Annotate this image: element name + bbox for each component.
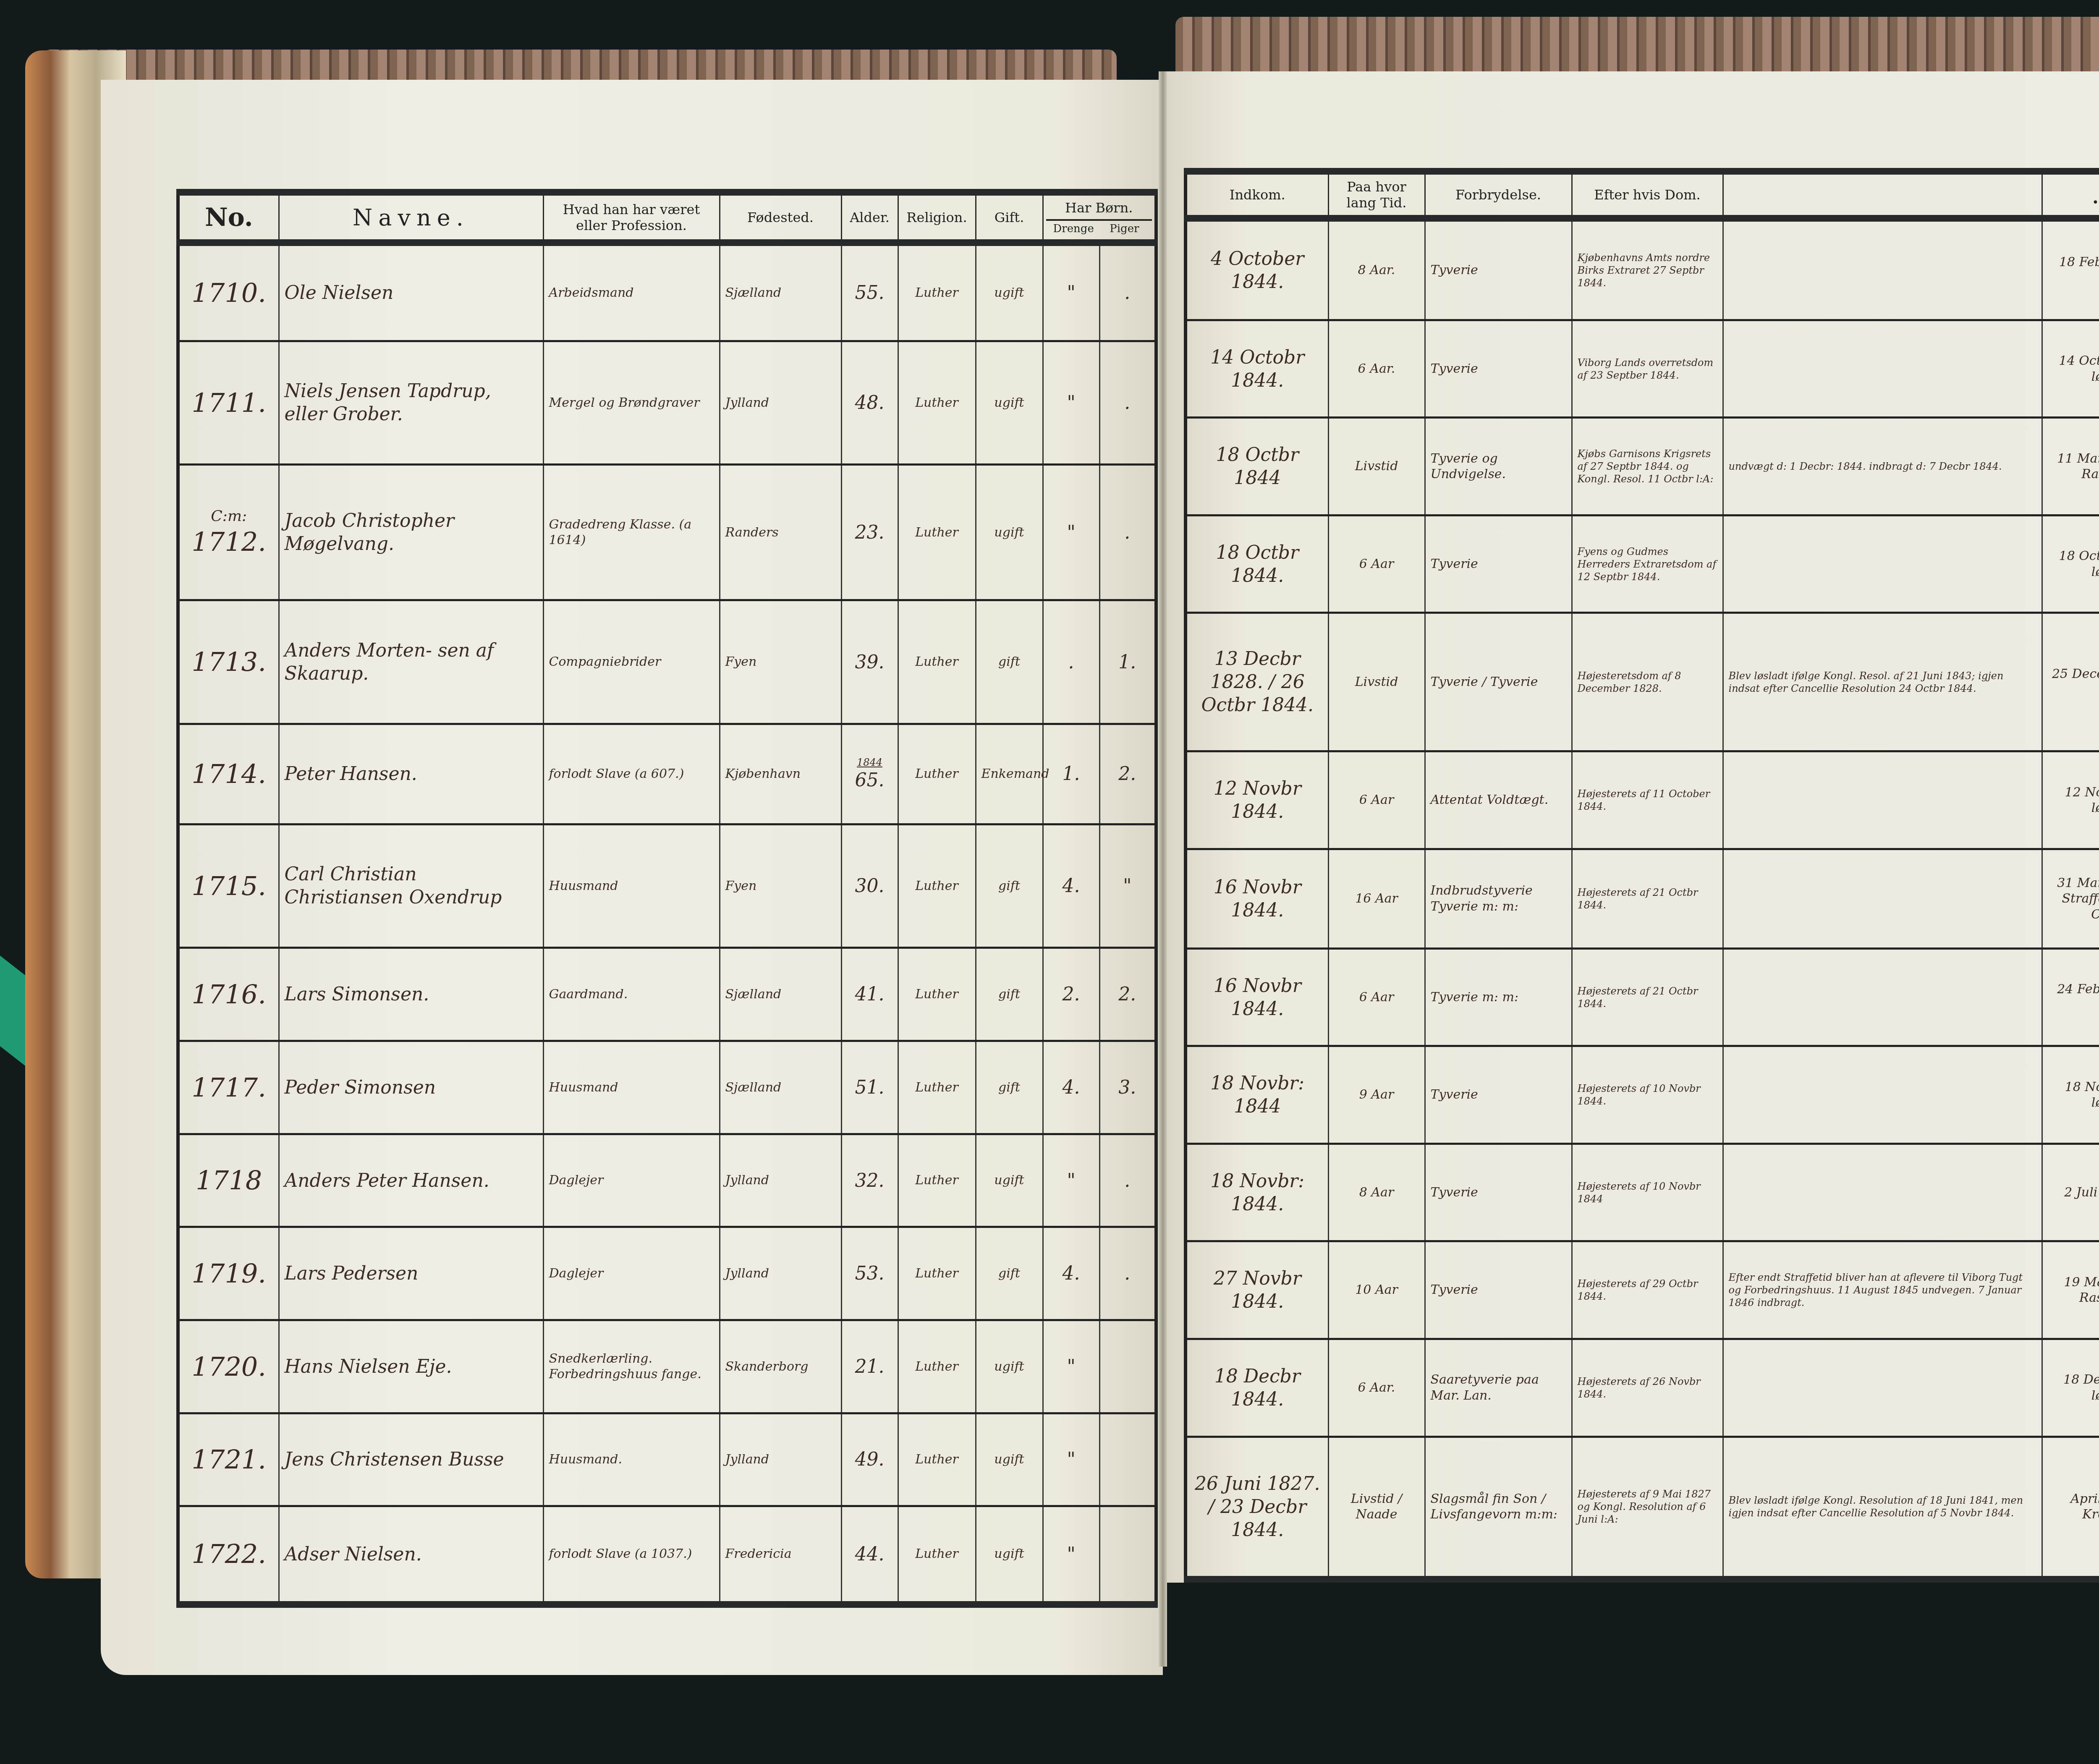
header-girls: Piger	[1099, 222, 1150, 235]
verdict-text: Højesterets af 21 Octbr 1844.	[1578, 985, 1698, 1010]
age: 49.	[841, 1413, 898, 1506]
profession-text: Gaardmand.	[549, 987, 628, 1002]
birthplace: Jylland	[720, 1413, 841, 1506]
prisoner-name-text: Anders Morten- sen af Skaarup.	[285, 640, 494, 684]
header-name: Navne.	[279, 192, 543, 243]
admission-date: 18 Decbr 1844.	[1186, 1339, 1328, 1437]
table-row: 16 Novbr 1844.16 AarIndbrudstyverie Tyve…	[1186, 849, 2099, 948]
crime-text: Tyverie	[1431, 1282, 1478, 1297]
boys-count: 4.	[1043, 1227, 1099, 1320]
sentence-term: 8 Aar	[1328, 1144, 1425, 1241]
prisoner-name: Adser Nielsen.	[279, 1506, 543, 1604]
crime: Tyverie	[1425, 515, 1572, 613]
profession: Daglejer	[543, 1134, 720, 1227]
release-outcome: 19 Mai 1846 til Rasphuset	[2042, 1241, 2099, 1339]
sentence-term-text: 8 Aar.	[1358, 263, 1395, 277]
marital-status: ugift	[976, 243, 1043, 341]
release-outcome: 2 Juli 1846 død	[2042, 1144, 2099, 1241]
marital-status-text: ugift	[994, 1359, 1024, 1374]
profession-text: Daglejer	[549, 1173, 604, 1188]
girls-count: 1.	[1099, 600, 1156, 724]
sentence-term: 6 Aar	[1328, 751, 1425, 849]
boys-count-text: "	[1067, 1170, 1075, 1191]
remarks	[1723, 218, 2042, 320]
sentence-term-text: 16 Aar	[1355, 891, 1398, 906]
header-married: Gift.	[976, 192, 1043, 243]
header-children: Har Børn. DrengePiger	[1043, 192, 1156, 243]
table-row: 4 October 1844.8 Aar.TyverieKjøbenhavns …	[1186, 218, 2099, 320]
boys-count-text: 4.	[1063, 1077, 1080, 1098]
admission-date: 4 October 1844.	[1186, 218, 1328, 320]
sentence-term-text: 8 Aar	[1359, 1185, 1394, 1200]
marital-status: gift	[976, 948, 1043, 1041]
marital-status-text: gift	[998, 879, 1020, 893]
girls-count: .	[1099, 341, 1156, 465]
religion: Luther	[898, 243, 976, 341]
row-number-text: 1721.	[192, 1444, 267, 1475]
marital-status-text: ugift	[994, 1173, 1024, 1188]
crime: Attentat Voldtægt.	[1425, 751, 1572, 849]
prisoner-name: Anders Peter Hansen.	[279, 1134, 543, 1227]
girls-count-text: .	[1124, 282, 1130, 304]
profession: Huusmand.	[543, 1413, 720, 1506]
crime-text: Saaretyverie paa Mar. Lan.	[1431, 1372, 1539, 1403]
table-row: 1715.Carl Christian Christiansen Oxendru…	[178, 824, 1156, 948]
verdict: Fyens og Gudmes Herreders Extraretsdom a…	[1572, 515, 1723, 613]
marital-status-text: ugift	[994, 285, 1024, 300]
remarks-text: Blev løsladt ifølge Kongl. Resolution af…	[1729, 1494, 2023, 1519]
girls-count-text: 1.	[1118, 652, 1136, 673]
row-number: 1710.	[178, 243, 279, 341]
age: 32.	[841, 1134, 898, 1227]
marital-status-text: Enkemand	[981, 767, 1049, 781]
prisoner-name-text: Lars Pedersen	[285, 1263, 419, 1284]
boys-count: 4.	[1043, 1041, 1099, 1134]
crime-text: Tyverie	[1431, 361, 1478, 376]
birthplace: Jylland	[720, 341, 841, 465]
birthplace-text: Sjælland	[725, 285, 782, 300]
girls-count: 2.	[1099, 724, 1156, 824]
release-outcome: 18 Decbr 1850. løsladt	[2042, 1339, 2099, 1437]
age-text: 23.	[855, 522, 885, 543]
admission-date: 13 Decbr 1828. / 26 Octbr 1844.	[1186, 613, 1328, 751]
table-row: 1718Anders Peter Hansen.DaglejerJylland3…	[178, 1134, 1156, 1227]
admission-date-text: 27 Novbr 1844.	[1214, 1268, 1301, 1312]
crime-text: Tyverie	[1431, 1185, 1478, 1200]
prisoner-name: Peter Hansen.	[279, 724, 543, 824]
crime-text: Tyverie	[1431, 1087, 1478, 1102]
birthplace: Randers	[720, 465, 841, 600]
table-row: 1717.Peder SimonsenHuusmandSjælland51.Lu…	[178, 1041, 1156, 1134]
profession-text: Compagniebrider	[549, 654, 661, 669]
crime: Tyverie / Tyverie	[1425, 613, 1572, 751]
boys-count-text: "	[1067, 282, 1075, 304]
row-number-text: 1714.	[192, 759, 267, 789]
birthplace-text: Fyen	[725, 654, 757, 669]
release-outcome: 18 Februar 1852 død	[2042, 218, 2099, 320]
profession-text: Huusmand	[549, 879, 618, 893]
left-header-row: No. Navne. Hvad han har været eller Prof…	[178, 192, 1156, 243]
verdict: Højesterets af 11 October 1844.	[1572, 751, 1723, 849]
remarks	[1723, 515, 2042, 613]
remarks	[1723, 1144, 2042, 1241]
religion: Luther	[898, 1227, 976, 1320]
age-text: 39.	[855, 652, 885, 673]
religion-text: Luther	[915, 1080, 958, 1095]
age-text: 41.	[855, 984, 885, 1005]
prisoner-name-text: Peter Hansen.	[285, 763, 417, 785]
marital-status: ugift	[976, 465, 1043, 600]
table-row: 1722.Adser Nielsen.forlodt Slave (a 1037…	[178, 1506, 1156, 1604]
crime: Tyverie	[1425, 1046, 1572, 1144]
release-outcome-text: 19 Mai 1846 til Rasphuset	[2064, 1275, 2099, 1306]
admission-date-text: 18 Octbr 1844	[1216, 444, 1299, 489]
prisoner-name: Ole Nielsen	[279, 243, 543, 341]
crime-text: Tyverie og Undvigelse.	[1431, 451, 1506, 482]
crime: Indbrudstyverie Tyverie m: m:	[1425, 849, 1572, 948]
age-text: 65.	[855, 769, 885, 791]
age: 30.	[841, 824, 898, 948]
admission-date-text: 13 Decbr 1828. / 26 Octbr 1844.	[1201, 648, 1314, 716]
girls-count: 3.	[1099, 1041, 1156, 1134]
boys-count-text: "	[1067, 1449, 1075, 1470]
prisoner-name-text: Jens Christensen Busse	[285, 1449, 504, 1470]
crime-text: Attentat Voldtægt.	[1431, 793, 1549, 807]
verdict-text: Højesterets af 11 October 1844.	[1578, 788, 1710, 812]
marital-status: gift	[976, 600, 1043, 724]
birthplace-text: Jylland	[725, 1266, 769, 1281]
boys-count: .	[1043, 600, 1099, 724]
age: 48.	[841, 341, 898, 465]
row-number: C:m:1712.	[178, 465, 279, 600]
sentence-term: 6 Aar.	[1328, 320, 1425, 418]
remarks	[1723, 849, 2042, 948]
boys-count-text: "	[1067, 392, 1075, 414]
girls-count: .	[1099, 1134, 1156, 1227]
profession: Arbeidsmand	[543, 243, 720, 341]
remarks: Blev løsladt ifølge Kongl. Resolution af…	[1723, 1437, 2042, 1579]
admission-date-text: 18 Octbr 1844.	[1216, 542, 1299, 586]
verdict: Højesterets af 10 Novbr 1844.	[1572, 1046, 1723, 1144]
profession-text: Huusmand.	[549, 1452, 623, 1467]
girls-count	[1099, 1320, 1156, 1413]
row-number: 1721.	[178, 1413, 279, 1506]
sentence-term: Livstid / Naade	[1328, 1437, 1425, 1579]
admission-date-text: 26 Juni 1827. / 23 Decbr 1844.	[1195, 1473, 1320, 1541]
sentence-term-text: 6 Aar.	[1358, 361, 1395, 376]
age-text: 48.	[855, 392, 885, 414]
admission-date: 14 Octobr 1844.	[1186, 320, 1328, 418]
marital-status-text: gift	[998, 654, 1020, 669]
birthplace: Jylland	[720, 1227, 841, 1320]
header-verdict: Efter hvis Dom.	[1572, 171, 1723, 218]
religion: Luther	[898, 724, 976, 824]
admission-date: 12 Novbr 1844.	[1186, 751, 1328, 849]
religion: Luther	[898, 1041, 976, 1134]
birthplace: Sjælland	[720, 243, 841, 341]
remarks	[1723, 751, 2042, 849]
verdict: Kjøbenhavns Amts nordre Birks Extraret 2…	[1572, 218, 1723, 320]
sentence-term-text: 10 Aar	[1355, 1282, 1398, 1297]
verdict: Højesterets af 9 Mai 1827 og Kongl. Reso…	[1572, 1437, 1723, 1579]
religion: Luther	[898, 1134, 976, 1227]
age: 39.	[841, 600, 898, 724]
remarks-text: Efter endt Straffetid bliver han at afle…	[1729, 1272, 2023, 1309]
row-number-text: 1717.	[192, 1072, 267, 1103]
profession-text: Snedkerlærling. Forbedringshuus fange.	[549, 1351, 701, 1382]
marital-status: ugift	[976, 341, 1043, 465]
admission-date-text: 16 Novbr 1844.	[1214, 877, 1301, 921]
table-row: 16 Novbr 1844.6 AarTyverie m: m:Højester…	[1186, 948, 2099, 1046]
prisoner-name-text: Niels Jensen Tapdrup, eller Grober.	[285, 380, 491, 425]
birthplace-text: Jylland	[725, 1173, 769, 1188]
sentence-term: 16 Aar	[1328, 849, 1425, 948]
prisoner-name: Peder Simonsen	[279, 1041, 543, 1134]
marital-status: gift	[976, 1227, 1043, 1320]
admission-date: 18 Octbr 1844.	[1186, 515, 1328, 613]
row-number: 1722.	[178, 1506, 279, 1604]
sentence-term: 10 Aar	[1328, 1241, 1425, 1339]
sentence-term: 6 Aar	[1328, 948, 1425, 1046]
row-number: 1716.	[178, 948, 279, 1041]
sentence-term: 6 Aar.	[1328, 1339, 1425, 1437]
release-outcome-text: 25 December 1851 død	[2052, 667, 2099, 697]
verdict-text: Fyens og Gudmes Herreders Extraretsdom a…	[1578, 546, 1717, 583]
table-row: 18 Novbr: 1844.8 AarTyverieHøjesterets a…	[1186, 1144, 2099, 1241]
release-outcome-text: 18 Februar 1852 død	[2059, 255, 2099, 285]
profession: forlodt Slave (a 607.)	[543, 724, 720, 824]
prisoner-name-text: Adser Nielsen.	[285, 1544, 422, 1565]
religion-text: Luther	[915, 525, 958, 540]
religion: Luther	[898, 600, 976, 724]
crime: Tyverie	[1425, 218, 1572, 320]
header-indkom: Indkom.	[1186, 171, 1328, 218]
header-religion: Religion.	[898, 192, 976, 243]
sentence-term: 9 Aar	[1328, 1046, 1425, 1144]
boys-count: "	[1043, 1134, 1099, 1227]
profession: Huusmand	[543, 1041, 720, 1134]
release-outcome-text: April 1851 til Kronborg	[2070, 1492, 2099, 1522]
row-number-text: 1712.	[192, 526, 267, 557]
crime-text: Tyverie	[1431, 263, 1478, 277]
row-number: 1717.	[178, 1041, 279, 1134]
admission-date-text: 12 Novbr 1844.	[1214, 778, 1301, 822]
sentence-term-text: 6 Aar	[1359, 557, 1394, 571]
marital-status-text: gift	[998, 987, 1020, 1002]
admission-date-text: 4 October 1844.	[1211, 248, 1304, 293]
girls-count: .	[1099, 1227, 1156, 1320]
verdict-text: Højesterets af 21 Octbr 1844.	[1578, 887, 1698, 911]
religion: Luther	[898, 1506, 976, 1604]
prisoner-name: Jacob Christopher Møgelvang.	[279, 465, 543, 600]
verdict: Højesterets af 10 Novbr 1844	[1572, 1144, 1723, 1241]
religion-text: Luther	[915, 1547, 958, 1561]
marital-status: Enkemand	[976, 724, 1043, 824]
crime-text: Tyverie	[1431, 557, 1478, 571]
release-outcome-text: 18 Decbr 1850. løsladt	[2063, 1372, 2099, 1403]
verdict-text: Højesterets af 10 Novbr 1844.	[1578, 1083, 1701, 1107]
remarks	[1723, 320, 2042, 418]
right-header-row: Indkom. Paa hvor lang Tid. Forbrydelse. …	[1186, 171, 2099, 218]
girls-count: .	[1099, 465, 1156, 600]
row-number: 1719.	[178, 1227, 279, 1320]
admission-date: 16 Novbr 1844.	[1186, 948, 1328, 1046]
verdict-text: Højesterets af 9 Mai 1827 og Kongl. Reso…	[1578, 1488, 1711, 1525]
row-number-text: 1720.	[192, 1351, 267, 1382]
religion: Luther	[898, 1413, 976, 1506]
admission-date: 26 Juni 1827. / 23 Decbr 1844.	[1186, 1437, 1328, 1579]
marital-status-text: ugift	[994, 525, 1024, 540]
boys-count-text: .	[1068, 652, 1074, 673]
admission-date-text: 16 Novbr 1844.	[1214, 975, 1301, 1020]
age: 51.	[841, 1041, 898, 1134]
table-row: 18 Octbr 1844LivstidTyverie og Undvigels…	[1186, 418, 2099, 516]
religion-text: Luther	[915, 1266, 958, 1281]
boys-count-text: 4.	[1063, 1263, 1080, 1284]
remarks-text: undvægt d: 1 Decbr: 1844. indbragt d: 7 …	[1729, 461, 2002, 472]
age-text: 21.	[855, 1356, 885, 1377]
table-row: 1720.Hans Nielsen Eje.Snedkerlærling. Fo…	[178, 1320, 1156, 1413]
crime-text: Tyverie m: m:	[1431, 990, 1519, 1005]
row-number: 1715.	[178, 824, 279, 948]
remarks	[1723, 948, 2042, 1046]
admission-date: 18 Novbr: 1844	[1186, 1046, 1328, 1144]
left-register-table: No. Navne. Hvad han har været eller Prof…	[176, 189, 1158, 1608]
table-row: 18 Decbr 1844.6 Aar.Saaretyverie paa Mar…	[1186, 1339, 2099, 1437]
girls-count-text: "	[1123, 875, 1131, 897]
girls-count-text: 2.	[1118, 984, 1136, 1005]
prisoner-name: Niels Jensen Tapdrup, eller Grober.	[279, 341, 543, 465]
age-text: 30.	[855, 875, 885, 897]
sentence-term-text: Livstid / Naade	[1351, 1492, 1402, 1522]
boys-count-text: "	[1067, 1356, 1075, 1377]
boys-count: "	[1043, 465, 1099, 600]
book-top-edge-right	[1175, 17, 2099, 80]
prisoner-name: Lars Simonsen.	[279, 948, 543, 1041]
religion-text: Luther	[915, 395, 958, 410]
prisoner-name-text: Peder Simonsen	[285, 1077, 436, 1098]
prisoner-name-text: Lars Simonsen.	[285, 984, 429, 1005]
boys-count: "	[1043, 243, 1099, 341]
release-outcome-text: 11 Martz 1845 til Rasphuus	[2057, 451, 2099, 482]
age-text: 44.	[855, 1544, 885, 1565]
crime: Saaretyverie paa Mar. Lan.	[1425, 1339, 1572, 1437]
prisoner-name-text: Jacob Christopher Møgelvang.	[285, 510, 455, 555]
age-note: 1844	[847, 756, 892, 769]
age-text: 32.	[855, 1170, 885, 1191]
age: 55.	[841, 243, 898, 341]
religion-text: Luther	[915, 987, 958, 1002]
admission-date: 27 Novbr 1844.	[1186, 1241, 1328, 1339]
age-text: 49.	[855, 1449, 885, 1470]
sentence-term-text: 9 Aar	[1359, 1087, 1394, 1102]
table-row: 1713.Anders Morten- sen af Skaarup.Compa…	[178, 600, 1156, 724]
table-row: 1721.Jens Christensen BusseHuusmand.Jyll…	[178, 1413, 1156, 1506]
crime: Tyverie m: m:	[1425, 948, 1572, 1046]
table-row: 1714.Peter Hansen.forlodt Slave (a 607.)…	[178, 724, 1156, 824]
remarks: undvægt d: 1 Decbr: 1844. indbragt d: 7 …	[1723, 418, 2042, 516]
release-outcome: 12 Novbr 1850 løsladt	[2042, 751, 2099, 849]
release-outcome-text: 2 Juli 1846 død	[2064, 1185, 2099, 1200]
birthplace-text: Jylland	[725, 395, 769, 410]
release-outcome: 14 October 1850 løsladt	[2042, 320, 2099, 418]
profession-text: Daglejer	[549, 1266, 604, 1281]
row-number-text: 1719.	[192, 1258, 267, 1289]
row-prefix: C:m:	[185, 507, 273, 526]
age: 21.	[841, 1320, 898, 1413]
verdict-text: Kjøbenhavns Amts nordre Birks Extraret 2…	[1578, 252, 1710, 289]
row-number-text: 1713.	[192, 646, 267, 677]
table-row: 27 Novbr 1844.10 AarTyverieHøjesterets a…	[1186, 1241, 2099, 1339]
sentence-term: 6 Aar	[1328, 515, 1425, 613]
table-row: 1711.Niels Jensen Tapdrup, eller Grober.…	[178, 341, 1156, 465]
age-text: 51.	[855, 1077, 885, 1098]
row-number: 1720.	[178, 1320, 279, 1413]
admission-date: 18 Novbr: 1844.	[1186, 1144, 1328, 1241]
header-crime: Forbrydelse.	[1425, 171, 1572, 218]
prisoner-name: Hans Nielsen Eje.	[279, 1320, 543, 1413]
marital-status: ugift	[976, 1506, 1043, 1604]
birthplace-text: Fredericia	[725, 1547, 792, 1561]
birthplace-text: Jylland	[725, 1452, 769, 1467]
birthplace-text: Sjælland	[725, 987, 782, 1002]
profession: Huusmand	[543, 824, 720, 948]
header-no-showthrough: No.	[2042, 171, 2099, 218]
boys-count-text: 4.	[1063, 875, 1080, 897]
religion: Luther	[898, 465, 976, 600]
verdict-text: Højesterets af 29 Octbr 1844.	[1578, 1278, 1698, 1302]
marital-status: ugift	[976, 1134, 1043, 1227]
table-row: 12 Novbr 1844.6 AarAttentat Voldtægt.Høj…	[1186, 751, 2099, 849]
religion-text: Luther	[915, 285, 958, 300]
religion: Luther	[898, 948, 976, 1041]
table-row: 26 Juni 1827. / 23 Decbr 1844.Livstid / …	[1186, 1437, 2099, 1579]
header-age: Alder.	[841, 192, 898, 243]
profession-text: Mergel og Brøndgraver	[549, 395, 700, 410]
girls-count	[1099, 1413, 1156, 1506]
crime: Tyverie	[1425, 320, 1572, 418]
profession: Snedkerlærling. Forbedringshuus fange.	[543, 1320, 720, 1413]
sentence-term: Livstid	[1328, 613, 1425, 751]
verdict: Højesterets af 29 Octbr 1844.	[1572, 1241, 1723, 1339]
boys-count-text: "	[1067, 522, 1075, 543]
header-birthplace: Fødested.	[720, 192, 841, 243]
girls-count: 2.	[1099, 948, 1156, 1041]
table-row: 1719.Lars PedersenDaglejerJylland53.Luth…	[178, 1227, 1156, 1320]
release-outcome: 31 Martz 1860 til Straffeanst. paa Chris…	[2042, 849, 2099, 948]
religion-text: Luther	[915, 654, 958, 669]
table-row: 14 Octobr 1844.6 Aar.TyverieViborg Lands…	[1186, 320, 2099, 418]
religion-text: Luther	[915, 1359, 958, 1374]
book-gutter	[1159, 71, 1167, 1667]
header-boys: Drenge	[1048, 222, 1099, 235]
remarks	[1723, 1046, 2042, 1144]
release-outcome: April 1851 til Kronborg	[2042, 1437, 2099, 1579]
row-number-text: 1716.	[192, 979, 267, 1010]
profession-text: forlodt Slave (a 1037.)	[549, 1547, 692, 1561]
row-number-text: 1711.	[192, 387, 267, 418]
remarks-text: Blev løsladt ifølge Kongl. Resol. af 21 …	[1729, 670, 2004, 694]
religion-text: Luther	[915, 1452, 958, 1467]
release-outcome: 18 October 1850 løsladt	[2042, 515, 2099, 613]
girls-count-text: .	[1124, 522, 1130, 543]
crime-text: Indbrudstyverie Tyverie m: m:	[1431, 883, 1533, 914]
release-outcome-text: 31 Martz 1860 til Straffeanst. paa Chris…	[2057, 876, 2099, 922]
verdict-text: Kjøbs Garnisons Krigsrets af 27 Septbr 1…	[1578, 448, 1714, 485]
row-number-text: 1722.	[192, 1539, 267, 1569]
verdict: Højesterets af 26 Novbr 1844.	[1572, 1339, 1723, 1437]
marital-status: gift	[976, 1041, 1043, 1134]
